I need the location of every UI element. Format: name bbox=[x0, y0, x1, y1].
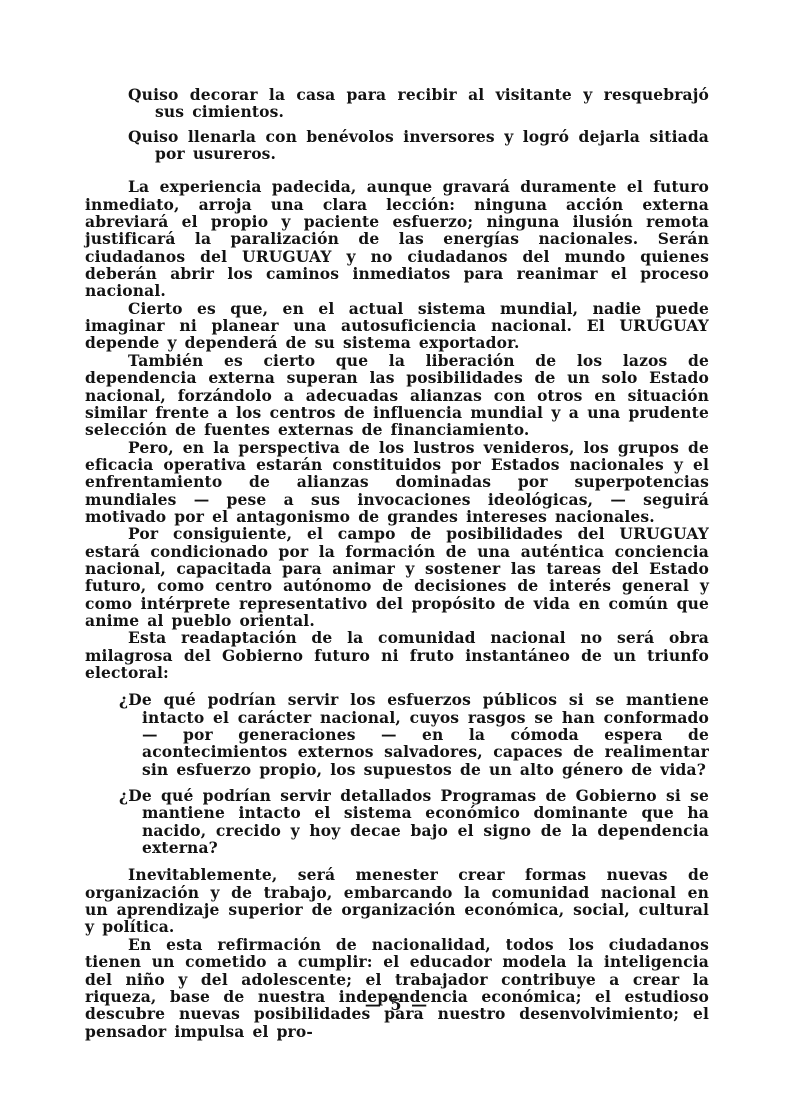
text-paragraph: También es cierto que la liberación de l… bbox=[85, 352, 709, 439]
page-number: — 5 — bbox=[85, 995, 709, 1014]
hanging-item: Quiso decorar la casa para recibir al vi… bbox=[85, 86, 709, 121]
text-paragraph: En esta refirmación de nacionalidad, tod… bbox=[85, 936, 709, 1040]
text-paragraph: La experiencia padecida, aunque gravará … bbox=[85, 178, 709, 299]
block-quote: ¿De qué podrían servir detallados Progra… bbox=[85, 787, 709, 856]
text-paragraph: Inevitablemente, será menester crear for… bbox=[85, 866, 709, 935]
document-page: Quiso decorar la casa para recibir al vi… bbox=[0, 0, 803, 1093]
hanging-item: Quiso llenarla con benévolos inversores … bbox=[85, 128, 709, 163]
document-body: Quiso decorar la casa para recibir al vi… bbox=[85, 86, 709, 1040]
block-quote: ¿De qué podrían servir los esfuerzos púb… bbox=[85, 691, 709, 778]
text-paragraph: Por consiguiente, el campo de posibilida… bbox=[85, 525, 709, 629]
text-paragraph: Cierto es que, en el actual sistema mund… bbox=[85, 300, 709, 352]
text-paragraph: Esta readaptación de la comunidad nacion… bbox=[85, 629, 709, 681]
text-paragraph: Pero, en la perspectiva de los lustros v… bbox=[85, 439, 709, 526]
